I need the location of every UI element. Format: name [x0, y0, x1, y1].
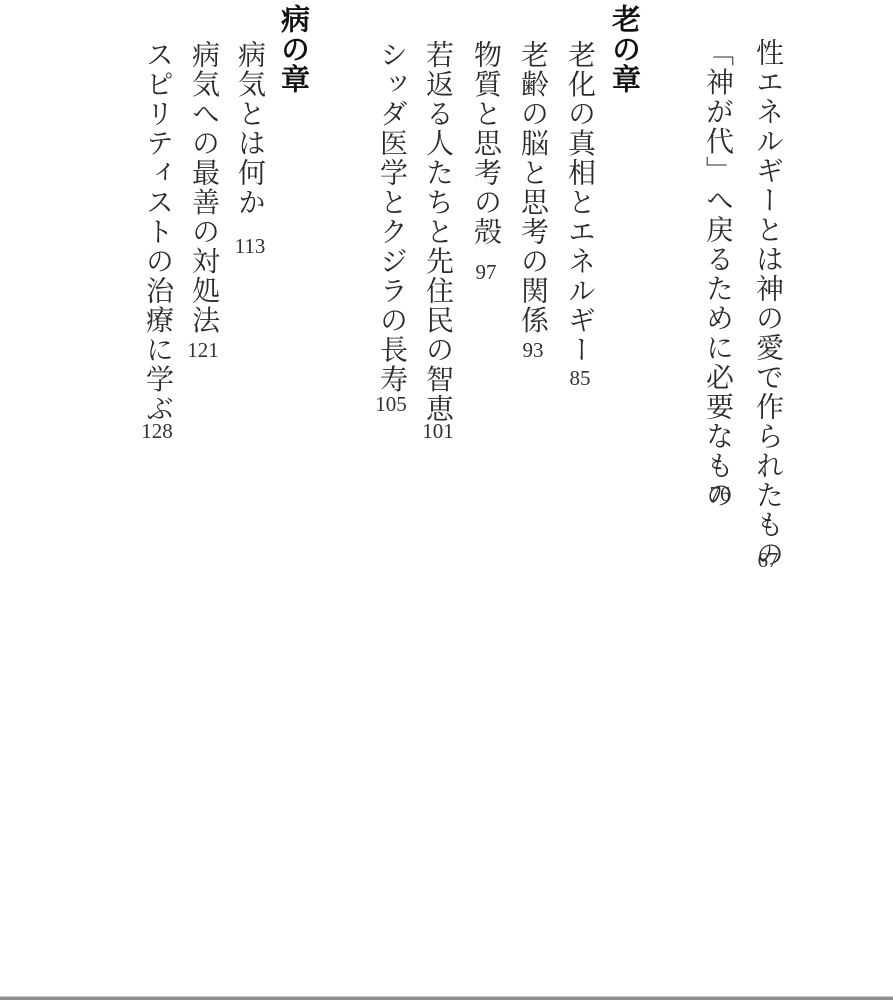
toc-entry-title: 物質と思考の殻	[472, 40, 500, 247]
toc-entry-page-number: 76	[700, 482, 740, 507]
toc-entry-page-number: 67	[748, 548, 788, 573]
toc-entry-title: スピリティストの治療に学ぶ	[144, 40, 172, 424]
toc-entry-title: 性エネルギーとは神の愛で作られたもの	[754, 38, 782, 569]
toc-entry-page-number: 93	[513, 338, 553, 363]
toc-entry-page-number: 121	[183, 338, 223, 363]
toc-entry-page-number: 85	[560, 366, 600, 391]
table-of-contents-page: 性エネルギーとは神の愛で作られたもの 67 「神が代」へ戻るために必要なもの 7…	[0, 0, 893, 996]
toc-entry-page-number: 128	[137, 419, 177, 444]
toc-entry-page-number: 101	[418, 419, 458, 444]
toc-entry-page-number: 113	[230, 234, 270, 259]
toc-entry-title: 病気とは何か	[236, 40, 264, 217]
toc-entry-title: 「神が代」へ戻るために必要なもの	[704, 38, 732, 510]
page-bottom-border	[0, 996, 893, 1000]
toc-entry-page-number: 97	[466, 260, 506, 285]
toc-entry-title: 老化の真相とエネルギー	[566, 40, 594, 365]
toc-entry-title: 老齢の脳と思考の関係	[519, 40, 547, 335]
chapter-heading-aging: 老の章	[610, 4, 639, 94]
chapter-heading-illness: 病の章	[279, 4, 308, 94]
toc-entry-title: シッダ医学とクジラの長寿	[378, 40, 406, 394]
toc-entry-page-number: 105	[371, 392, 411, 417]
toc-entry-title: 病気への最善の対処法	[190, 40, 218, 335]
toc-entry-title: 若返る人たちと先住民の智恵	[424, 40, 452, 424]
